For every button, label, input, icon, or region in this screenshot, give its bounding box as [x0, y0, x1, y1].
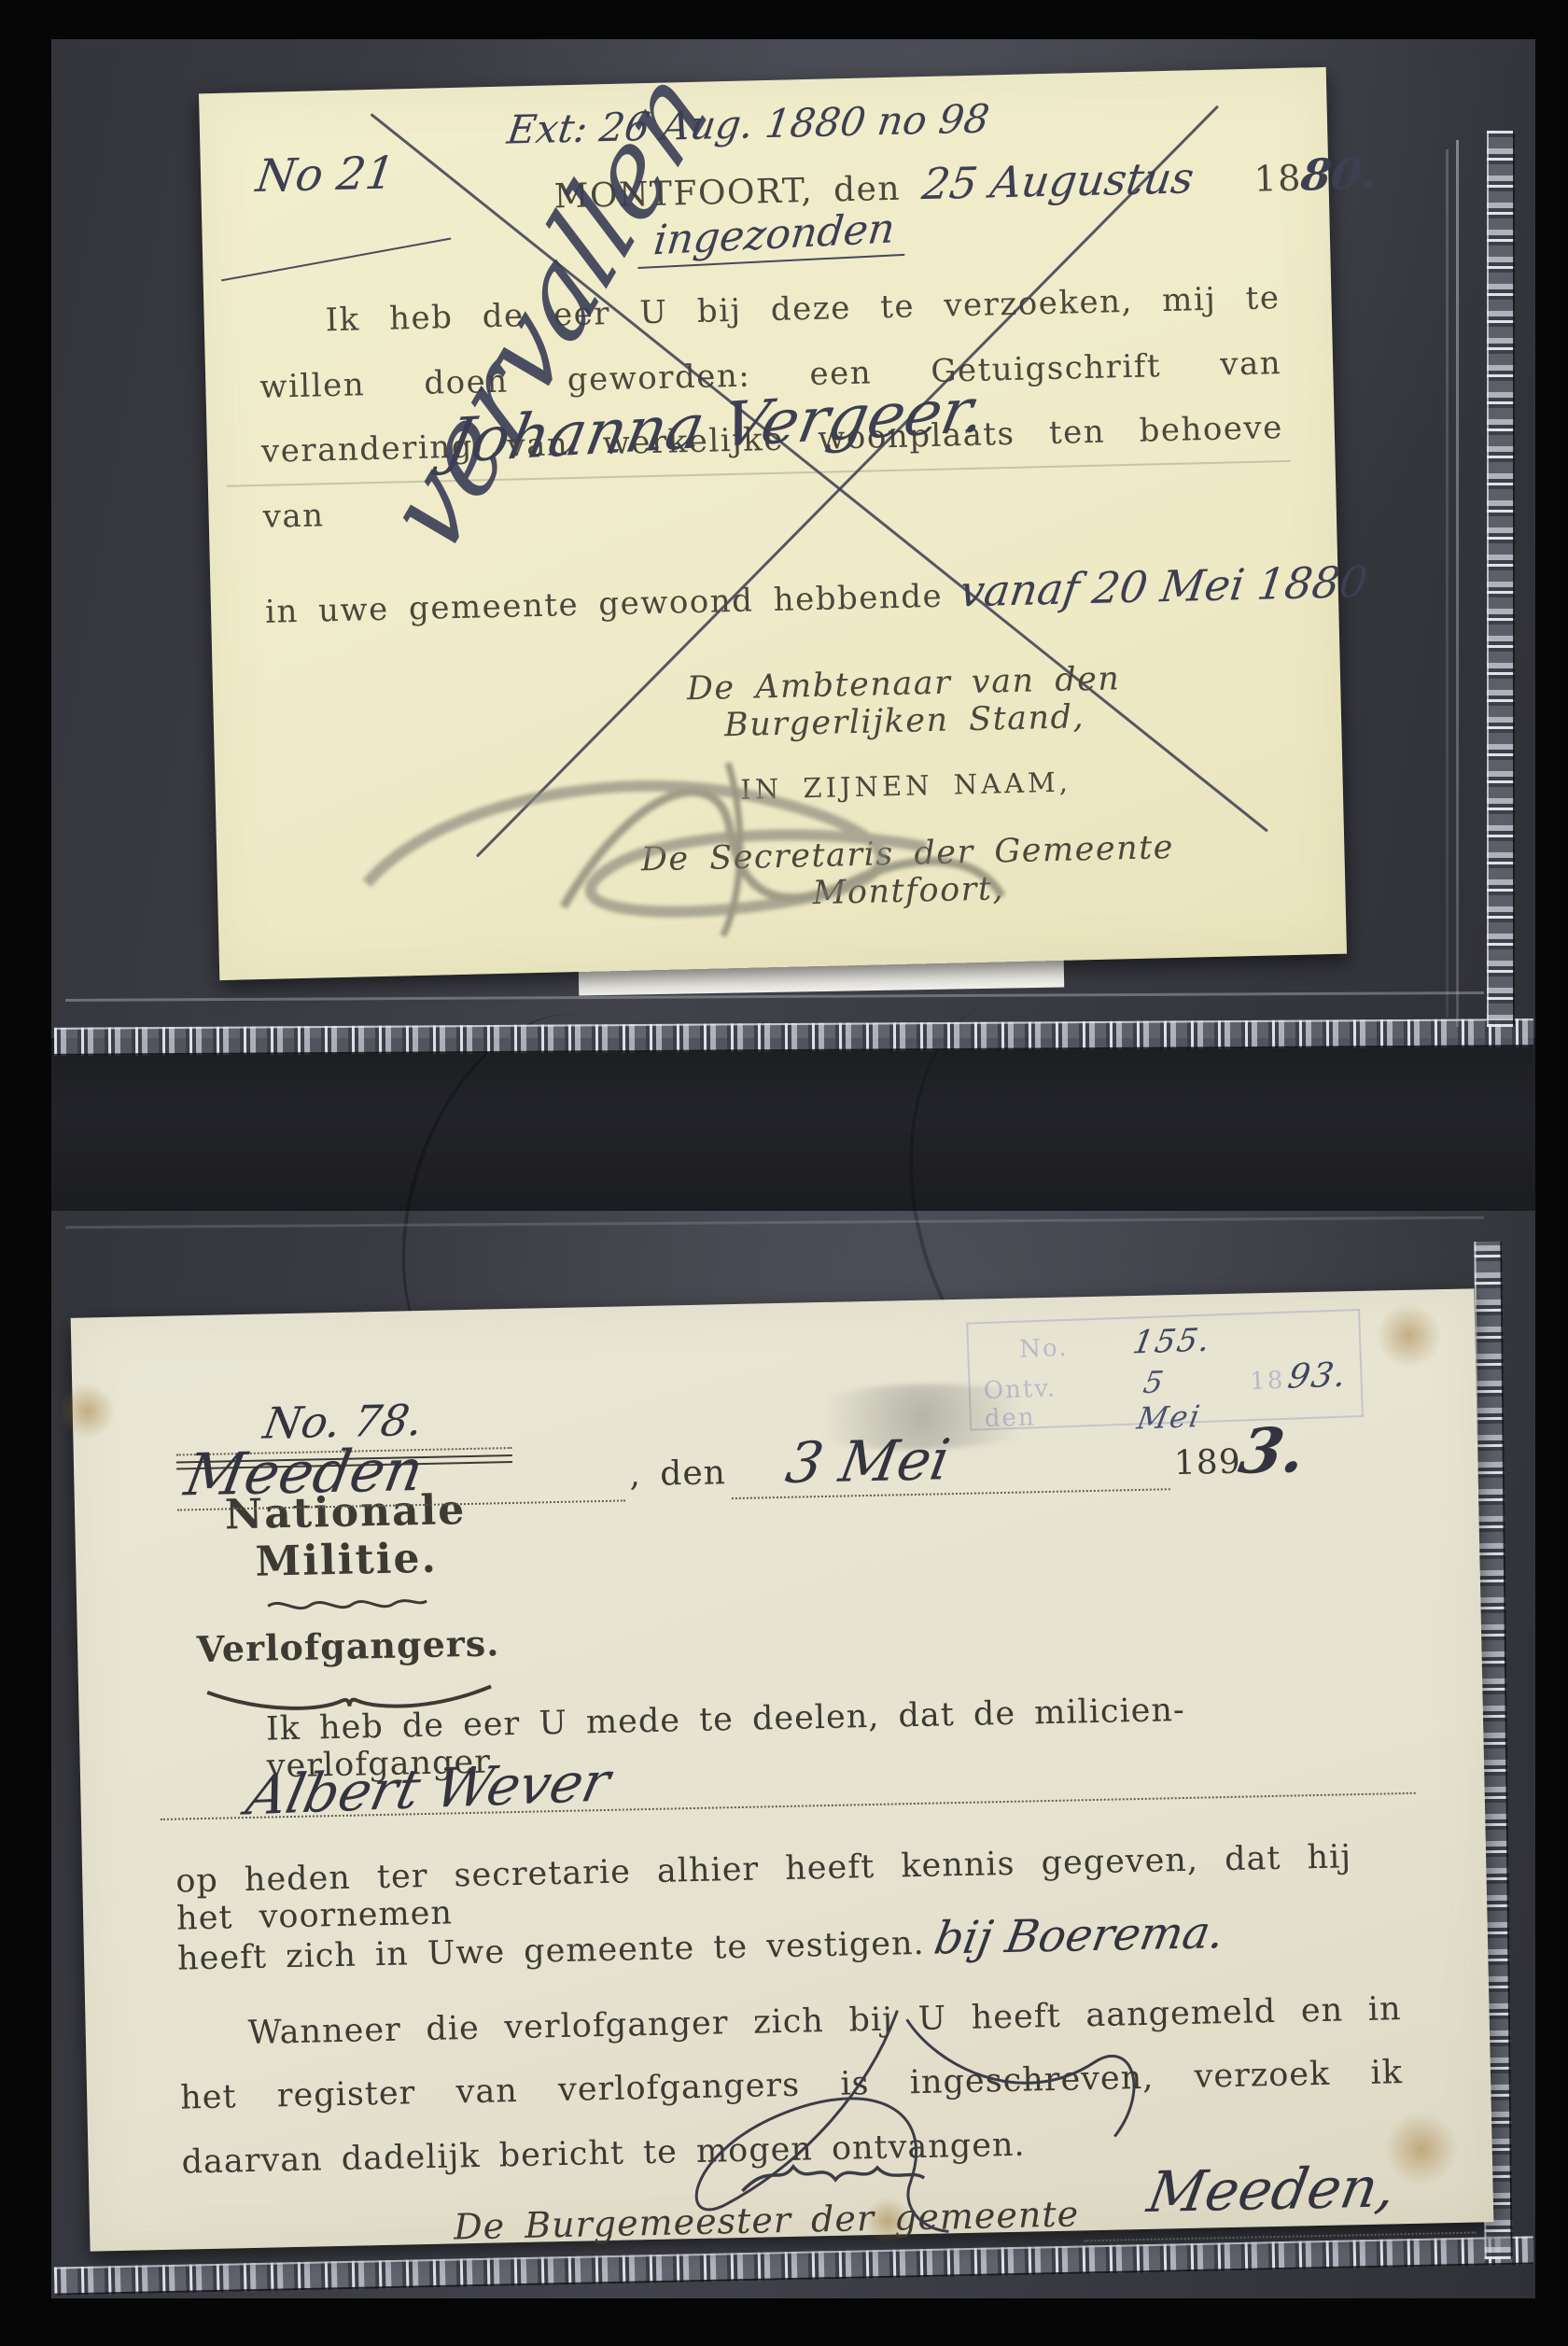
sleeve-spine-highlight [1456, 140, 1459, 1027]
document-card-montfoort-1880: Ext: 26 Aug. 1880 no 98 No 21 MONTFOORT,… [199, 67, 1347, 980]
sleeve-spine-ladder-top [1487, 131, 1515, 1027]
stamp-no-value: 155. [1130, 1321, 1215, 1361]
handwritten-residence-date: vanaf 20 Mei 1880 [957, 556, 1370, 616]
handwritten-year-suffix: 80. [1298, 148, 1379, 201]
handwritten-year-digit: 3. [1235, 1413, 1311, 1488]
printed-paragraph-2-line2: heeft zich in Uwe gemeente te vestigen. [177, 1925, 925, 1978]
stamp-no-label: No. [1019, 1334, 1069, 1364]
signature-scribble [497, 2004, 1211, 2243]
age-spot [1376, 1302, 1442, 1369]
header-subtitle: Verlofgangers. [180, 1622, 517, 1671]
printed-den-label: , den [629, 1454, 726, 1494]
photo-of-archival-album-page: Ext: 26 Aug. 1880 no 98 No 21 MONTFOORT,… [0, 0, 1568, 2346]
stamp-year-value: 93. [1285, 1356, 1351, 1396]
age-spot [59, 1383, 116, 1440]
handwritten-day-month: 3 Mei [781, 1427, 954, 1496]
sleeve-spine-highlight [1446, 149, 1449, 1018]
document-card-nationale-militie-1893: No. 78. Nationale Militie. Verlofgangers… [71, 1288, 1494, 2251]
squiggle-divider [263, 1592, 431, 1616]
printed-year-prefix: 189 [1173, 1443, 1241, 1482]
printed-year-prefix: 18 [1253, 158, 1302, 200]
handwritten-with-whom: bij Boerema. [931, 1906, 1228, 1965]
between-sleeves-gap [51, 1038, 1535, 1220]
handwritten-document-number: No 21 [253, 147, 398, 203]
handwritten-number-underline [221, 238, 451, 282]
signature-smudge [326, 718, 1040, 949]
handwritten-place: Meeden [180, 1436, 428, 1510]
handwritten-date: 25 Augustus [918, 152, 1197, 209]
printed-residence-text: in uwe gemeente gewoond hebbende [265, 578, 944, 631]
stamp-year-printed: 18 [1250, 1367, 1285, 1396]
